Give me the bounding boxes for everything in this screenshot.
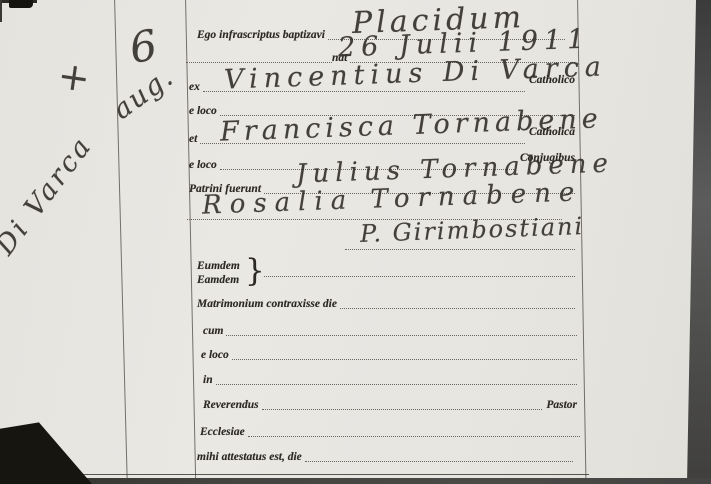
dotted-line [216,384,577,385]
field-label-reverendus: Reverendus [203,400,262,413]
field-label-cum: cum [203,326,226,339]
field-label-e-loco: e loco [201,350,232,363]
field-label-infrascriptus: infrascriptus baptizavi [219,30,328,43]
left-margin-rule [114,0,128,484]
dotted-line [305,461,573,462]
field-label-ego: Ego [197,30,219,43]
scan-dark-band-bottom [0,478,711,484]
form-left-rule [185,0,197,484]
dotted-line [340,308,575,309]
field-label-matrimonium: Matrimonium contraxisse die [197,299,340,312]
margin-cross-mark: + [56,56,93,98]
dotted-line [345,249,575,250]
field-label-et: et [189,134,200,147]
form-row-cum: cum [203,322,577,338]
field-label-ecclesiae: Ecclesiae [200,427,248,440]
field-label-e-loco: e loco [189,160,220,173]
margin-day-note: 6 [127,24,161,70]
field-label-ex: ex [189,82,203,95]
scanned-baptismal-record: Ego infrascriptus baptizavi nat ex Catho… [0,0,711,484]
form-row-attestatus: mihi attestatus est, die [197,448,573,464]
form-row-in: in [203,371,577,387]
scan-dark-band-right [681,0,711,484]
scan-corner-shadow [0,405,118,484]
dotted-line [248,436,580,437]
dotted-line [264,262,575,277]
field-label-mihi-attestatus: mihi attestatus est, die [197,452,305,465]
field-label-eumdem: Eumdem [197,259,240,273]
field-label-e-loco: e loco [189,106,220,119]
scan-left-edge-smudge [0,0,2,22]
form-row-reverendus: Reverendus Pastor [203,396,577,412]
form-row-eumdem-eamdem: Eumdem Eamdem [197,259,240,287]
handwritten-priest-signature: P. Girimbostiani [360,214,585,246]
scan-top-edge-smudge [9,0,33,8]
form-row-matrimonium: Matrimonium contraxisse die [197,295,575,311]
dotted-line [226,335,577,336]
form-bottom-border [0,474,589,475]
dotted-line [262,409,543,410]
field-label-eamdem: Eamdem [197,273,240,287]
form-row-spouse-place: e loco [201,346,577,362]
field-label-in: in [203,375,216,388]
form-row-ecclesiae: Ecclesiae [200,423,580,439]
brace-glyph: } [245,256,265,287]
dotted-line [232,359,577,360]
field-label-pastor: Pastor [542,400,577,413]
margin-month-note: aug. [108,63,178,124]
margin-surname-note: Di Varca [0,131,97,259]
